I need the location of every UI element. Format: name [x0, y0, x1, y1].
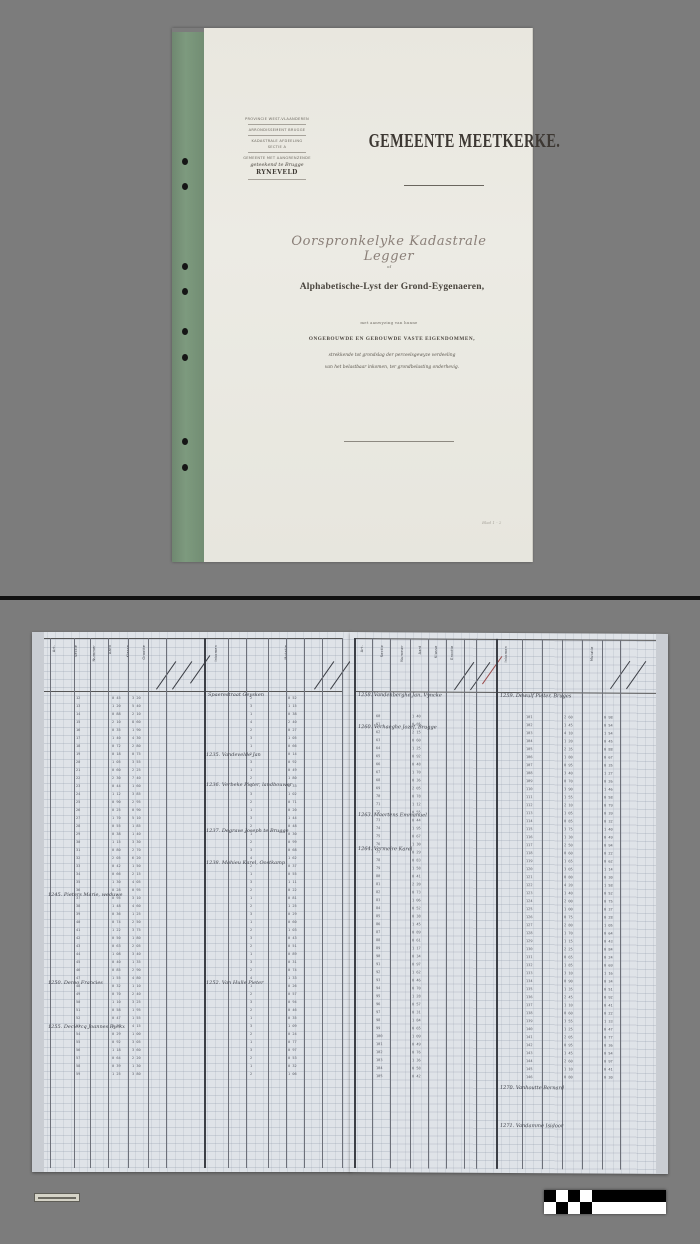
- column-header: Grootte: [450, 646, 454, 661]
- cover-paper: Provincie West-Vlaanderen Arrondissement…: [204, 28, 533, 562]
- ledger-entry: 1270. Vanhoutte Bernard: [500, 1085, 564, 1091]
- owner-name: Dewulf Pieter, Bruges: [516, 693, 571, 699]
- ledger-entry: 1263. Maertens Emmanuel: [358, 812, 427, 818]
- column-rule: [246, 638, 247, 1168]
- column-rule: [50, 638, 51, 1168]
- column-rule: [322, 638, 323, 1168]
- article-number: 1235.: [206, 752, 220, 758]
- stamp-rule: [248, 179, 306, 180]
- ledger-entry: 1259. Dewulf Pieter, Bruges: [500, 693, 571, 699]
- italic-text-line: van het belastbaar inkomen, ter grondbel…: [252, 365, 532, 370]
- owner-name: Pieters Marie, weduwe: [64, 892, 123, 898]
- owner-name: Vandenberghe Jan, Vyncke: [374, 692, 442, 698]
- punch-hole-icon: [182, 464, 188, 471]
- stamp-line: Sectie A: [234, 144, 320, 150]
- column-header: Aard: [418, 645, 422, 654]
- owner-name: Declercq Joannes Ryckx: [64, 1024, 125, 1030]
- scale-cell: [592, 1202, 604, 1214]
- owner-name: Mahieu Karel, Oostkamp: [222, 860, 285, 866]
- column-rule: [446, 639, 447, 1169]
- ledger-entry: 1252. Van Hulle Pieter: [206, 980, 263, 986]
- scale-cell: [592, 1190, 604, 1202]
- ledger-entry: 1236. Verbeke Pieter, landbouwer: [206, 782, 292, 788]
- number-column: 1 40 0 85 2 15 0 60 1 25 0 92 0 48 1 70 …: [412, 712, 421, 1080]
- stamp-line: Provincie West-Vlaanderen: [234, 116, 320, 122]
- column-rule: [428, 638, 429, 1168]
- column-rule: [148, 638, 149, 1168]
- header-slash: [626, 661, 646, 689]
- green-spine: [172, 32, 206, 562]
- scale-cell: [544, 1202, 556, 1214]
- column-header: Inkomen: [214, 645, 218, 661]
- scale-cell: [580, 1190, 592, 1202]
- column-header: Mutatie: [590, 646, 594, 661]
- image-divider: [0, 596, 700, 600]
- column-rule: [90, 638, 91, 1168]
- punch-hole-icon: [182, 288, 188, 295]
- open-ledger: Art. Sectie Nummer Aard Klasse Grootte I…: [32, 632, 668, 1176]
- caps-text-line: ONGEBOUWDE EN GEBOUWDE VASTE EIGENDOMMEN…: [252, 336, 532, 342]
- article-number: 1237.: [206, 828, 220, 834]
- number-column: 60 61 62 63 64 65 66 67 68 69 70 71 72 7…: [376, 712, 383, 1080]
- article-number: 1238.: [206, 860, 220, 866]
- stamp-place: geteekend te Brugge: [234, 161, 320, 169]
- column-header: Klasse: [434, 646, 438, 658]
- scale-cell: [544, 1190, 556, 1202]
- article-number: 1245.: [48, 892, 62, 898]
- column-rule: [268, 638, 269, 1168]
- column-rule-heavy: [204, 638, 206, 1168]
- ledger-entry: 1250. Deroo Francies: [48, 980, 103, 986]
- column-rule: [228, 638, 229, 1168]
- owner-name: Degrave Joseph te Brugge: [222, 828, 289, 834]
- small-text-line: met aanwyzing van hunne: [264, 320, 514, 325]
- ledger-entry: 1258. Vandenberghe Jan, Vyncke: [358, 692, 442, 699]
- scale-cell: [556, 1202, 568, 1214]
- official-stamp-box: Provincie West-Vlaanderen Arrondissement…: [234, 116, 320, 182]
- article-number: 1270.: [500, 1085, 514, 1091]
- article-number: 1236.: [206, 782, 220, 788]
- ledger-entry: 1255. Declercq Joannes Ryckx: [48, 1024, 125, 1030]
- stamp-rule: [248, 135, 306, 136]
- article-number: 1255.: [48, 1024, 62, 1030]
- punch-hole-icon: [182, 263, 188, 270]
- article-number: 1258.: [358, 692, 372, 698]
- column-rule-heavy: [354, 638, 356, 1168]
- column-rule: [342, 638, 343, 1168]
- number-column: 3 20 5 40 2 10 8 60 1 90 4 30 2 80 0 75 …: [132, 694, 141, 1078]
- scale-cell: [568, 1202, 580, 1214]
- article-number: 1263.: [358, 812, 372, 818]
- bottom-rule: [344, 441, 454, 442]
- ledger-entry: 1260. Verhaeghe Jozef, Brugge: [358, 724, 437, 730]
- punch-hole-icon: [182, 328, 188, 335]
- punch-hole-icon: [182, 158, 188, 165]
- number-column: 2 60 1 45 4 10 1 20 2 35 1 80 0 95 3 40 …: [564, 713, 573, 1081]
- stamp-line: Arrondissement Brugge: [234, 127, 320, 133]
- column-rule: [166, 638, 167, 1168]
- column-rule: [476, 639, 477, 1169]
- scale-cell: [568, 1190, 580, 1202]
- number-column: 0 52 1 15 0 38 2 40 0 27 1 05 0 66 0 14 …: [288, 694, 297, 1078]
- number-column: 0 98 0 54 1 54 0 45 0 88 0 67 0 35 1 27 …: [604, 714, 613, 1082]
- ledger-entry: 1235. Vandevelde Jan: [206, 752, 261, 758]
- list-title: Alphabetische-Lyst der Grond-Eygenaeren,: [252, 282, 532, 292]
- archive-label-tag: [34, 1193, 80, 1202]
- conjunction-text: of: [264, 264, 514, 269]
- scale-cell: [580, 1202, 592, 1214]
- column-rule: [390, 638, 391, 1168]
- column-header: Sectie: [380, 645, 384, 657]
- owner-name: Verbeke Pieter, landbouwer: [222, 782, 292, 788]
- title-rule: [404, 185, 484, 186]
- article-number: 1260.: [358, 724, 372, 730]
- article-number: 1259.: [500, 693, 514, 699]
- header-slash: [330, 661, 350, 689]
- document-subtitle: Oorspronkelyke Kadastrale Legger: [264, 234, 514, 264]
- column-rule: [286, 638, 287, 1168]
- column-rule: [128, 638, 129, 1168]
- ledger-entry: 1264. Vermeire Karel: [358, 846, 412, 852]
- header-slash: [172, 661, 192, 689]
- ledger-entry: Spaerestraat Geysken: [208, 692, 264, 698]
- scale-block-white: [604, 1202, 666, 1214]
- column-header: Grootte: [142, 645, 146, 660]
- italic-text-line: strekkende tot grondslag der perceelsgew…: [252, 353, 532, 358]
- owner-name: Maertens Emmanuel: [374, 812, 427, 818]
- ledger-header: Art. Sectie Nummer Aard Klasse Grootte I…: [44, 638, 342, 692]
- pencil-note: Blad 1 - 2: [482, 520, 501, 525]
- column-rule: [372, 638, 373, 1168]
- cover-page: Provincie West-Vlaanderen Arrondissement…: [172, 28, 532, 562]
- column-rule: [602, 640, 603, 1170]
- article-number: 1250.: [48, 980, 62, 986]
- column-rule: [108, 638, 109, 1168]
- column-header: Art.: [360, 645, 364, 652]
- column-rule: [74, 638, 75, 1168]
- owner-name: Vanhoutte Bernard: [516, 1085, 564, 1091]
- column-rule-heavy: [496, 639, 498, 1169]
- article-number: 1271.: [500, 1123, 514, 1129]
- column-header: Nummer: [92, 645, 96, 661]
- ledger-header: Art. Sectie Nummer Aard Klasse Grootte I…: [354, 638, 658, 694]
- ledger-entry: 1245. Pieters Marie, weduwe: [48, 892, 122, 898]
- ledger-entry: 1237. Degrave Joseph te Brugge: [206, 828, 289, 834]
- column-rule: [304, 638, 305, 1168]
- article-number: 1252.: [206, 980, 220, 986]
- punch-hole-icon: [182, 183, 188, 190]
- number-column: 12 13 14 15 16 17 18 19 20 21 22 23 24 2…: [76, 694, 80, 1078]
- color-scale-bar: [544, 1190, 666, 1214]
- owner-name: Vandamme Isidoor: [516, 1123, 563, 1129]
- column-rule: [464, 639, 465, 1169]
- owner-name: Deroo Francies: [64, 980, 103, 986]
- document-title: GEMEENTE MEETKERKE.: [369, 130, 506, 153]
- owner-name: Vermeire Karel: [374, 846, 412, 852]
- ledger-entry: 1238. Mahieu Karel, Oostkamp: [206, 860, 285, 866]
- page-margin: [656, 634, 668, 1174]
- column-rule: [582, 639, 583, 1169]
- ledger-entry: 1271. Vandamme Isidoor: [500, 1123, 563, 1129]
- scale-cell: [556, 1190, 568, 1202]
- header-slash: [190, 655, 210, 683]
- owner-name: Verhaeghe Jozef, Brugge: [374, 724, 437, 730]
- header-slash-red: [482, 656, 502, 684]
- stamp-rule: [248, 124, 306, 125]
- column-rule: [410, 638, 411, 1168]
- owner-name: Spaerestraat Geysken: [208, 692, 264, 698]
- column-header: Nummer: [400, 645, 404, 661]
- number-column: 101 102 103 104 105 106 107 108 109 110 …: [526, 713, 533, 1081]
- punch-hole-icon: [182, 354, 188, 361]
- owner-name: Van Hulle Pieter: [222, 980, 264, 986]
- ledger-right-page: Art. Sectie Nummer Aard Klasse Grootte I…: [350, 632, 668, 1174]
- page-margin: [32, 632, 44, 1172]
- punch-hole-icon: [182, 438, 188, 445]
- number-column: 0 45 1 20 0 88 2 10 0 35 1 40 0 72 0 18 …: [112, 694, 121, 1078]
- column-header: Inkomen: [504, 646, 508, 663]
- column-rule: [620, 640, 621, 1170]
- scale-block-black: [604, 1190, 666, 1202]
- owner-name: Vandevelde Jan: [222, 752, 261, 758]
- column-header: Art.: [52, 645, 56, 652]
- ledger-left-page: Art. Sectie Nummer Aard Klasse Grootte I…: [32, 632, 351, 1172]
- article-number: 1264.: [358, 846, 372, 852]
- stamp-name: RYNEVELD: [234, 169, 320, 177]
- stamp-rule: [248, 152, 306, 153]
